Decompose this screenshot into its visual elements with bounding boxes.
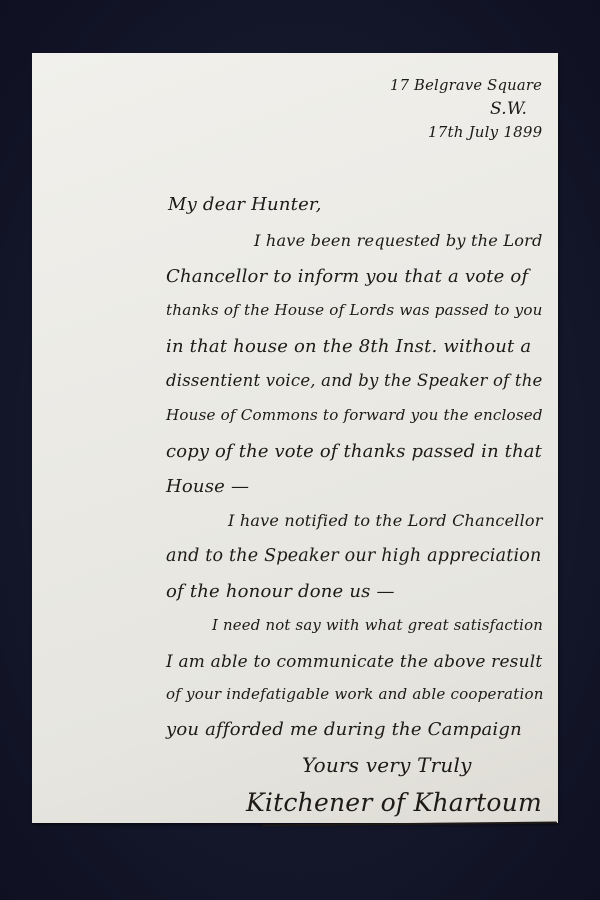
body-line: Chancellor to inform you that a vote of — [166, 266, 528, 287]
closing: Yours very Truly — [302, 753, 472, 777]
address-line-1: 17 Belgrave Square — [390, 77, 542, 94]
signature: Kitchener of Khartoum — [246, 788, 542, 817]
letter-date: 17th July 1899 — [428, 123, 542, 141]
body-line: dissentient voice, and by the Speaker of… — [166, 371, 543, 390]
body-line: House of Commons to forward you the encl… — [166, 406, 543, 424]
letter-paper: 17 Belgrave Square S.W. 17th July 1899 M… — [32, 53, 558, 823]
body-line: of the honour done us — — [166, 581, 395, 602]
address-line-2: S.W. — [490, 99, 527, 119]
body-line: I am able to communicate the above resul… — [166, 651, 542, 671]
body-line: copy of the vote of thanks passed in tha… — [166, 441, 542, 462]
signature-underline — [262, 821, 557, 826]
body-line: I need not say with what great satisfact… — [212, 616, 543, 634]
body-line: in that house on the 8th Inst. without a — [166, 336, 531, 357]
body-line: thanks of the House of Lords was passed … — [166, 301, 543, 319]
body-line: you afforded me during the Campaign — [166, 719, 522, 740]
body-line: and to the Speaker our high appreciation — [166, 546, 542, 566]
body-line: I have been requested by the Lord — [254, 231, 543, 250]
body-line: I have notified to the Lord Chancellor — [228, 511, 543, 530]
body-line: of your indefatigable work and able coop… — [166, 685, 544, 703]
salutation: My dear Hunter, — [168, 194, 322, 215]
body-line: House — — [166, 476, 249, 497]
